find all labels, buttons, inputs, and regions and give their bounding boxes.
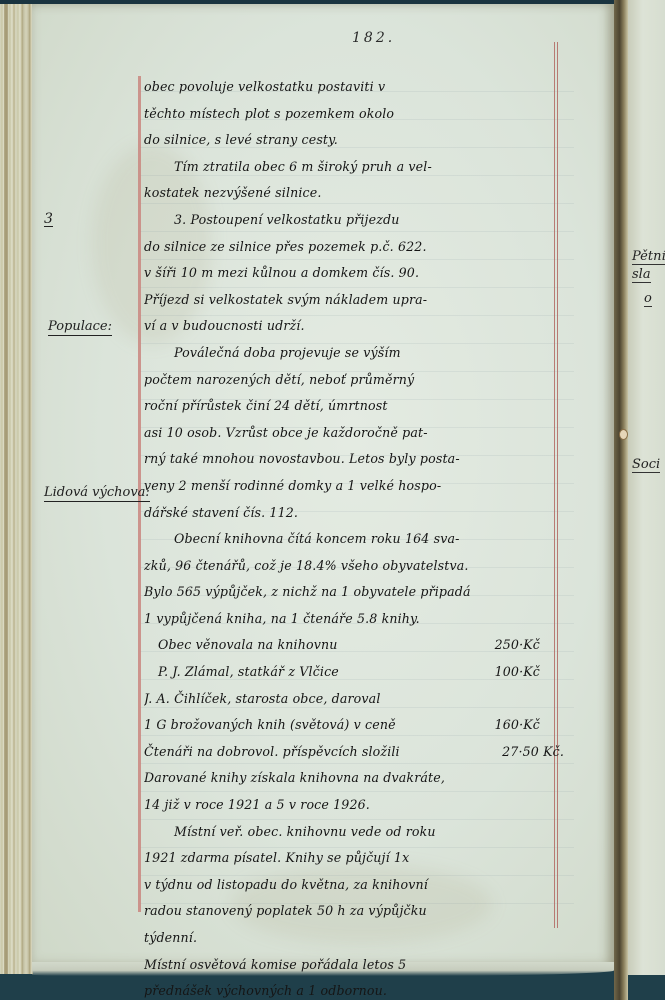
book-binding-gutter bbox=[614, 0, 628, 1000]
text-line: Obecní knihovna čítá koncem roku 164 sva… bbox=[144, 526, 570, 553]
margin-section-number: 3 bbox=[44, 212, 53, 227]
text-line: radou stanovený poplatek 50 h za výpůjčk… bbox=[144, 898, 570, 925]
facing-page-fragment: Pětní bbox=[632, 250, 665, 265]
text-line: Příjezd si velkostatek svým nákladem upr… bbox=[144, 287, 570, 314]
text-line: kostatek nezvýšené silnice. bbox=[144, 180, 570, 207]
text-line: Poválečná doba projevuje se výším bbox=[144, 340, 570, 367]
text-line: týdenní. bbox=[144, 925, 570, 952]
text-line-with-amount: Čtenáři na dobrovol. příspěvcích složili… bbox=[144, 739, 570, 766]
text-line: do silnice, s levé strany cesty. bbox=[144, 127, 570, 154]
text-line: Darované knihy získala knihovna na dvakr… bbox=[144, 765, 570, 792]
text-line-with-amount: Obec věnovala na knihovnu 250·Kč bbox=[144, 632, 570, 659]
amount-value: 160·Kč bbox=[495, 712, 540, 739]
amount-value: 250·Kč bbox=[495, 632, 540, 659]
facing-page-edge: Pětní sla o Soci bbox=[628, 0, 665, 975]
text-line: do silnice ze silnice přes pozemek p.č. … bbox=[144, 234, 570, 261]
amount-value: 100·Kč bbox=[495, 659, 540, 686]
text-line: ví a v budoucnosti udrží. bbox=[144, 313, 570, 340]
text-line: v týdnu od listopadu do května, za kniho… bbox=[144, 872, 570, 899]
text-line: roční přírůstek činí 24 dětí, úmrtnost bbox=[144, 393, 570, 420]
margin-note-population: Populace: bbox=[48, 320, 112, 336]
stacked-page-edges bbox=[0, 4, 33, 974]
text-line-with-amount: 1 G brožovaných knih (světová) v ceně 16… bbox=[144, 712, 570, 739]
facing-page-fragment: sla bbox=[632, 268, 651, 283]
text-line: zků, 96 čtenářů, což je 18.4% všeho obyv… bbox=[144, 553, 570, 580]
amount-value: 27·50 Kč. bbox=[502, 739, 564, 766]
line-text: Obec věnovala na knihovnu bbox=[158, 637, 338, 652]
line-text: 1 G brožovaných knih (světová) v ceně bbox=[144, 717, 396, 732]
text-line: těchto místech plot s pozemkem okolo bbox=[144, 101, 570, 128]
line-text: P. J. Zlámal, statkář z Vlčice bbox=[158, 664, 339, 679]
text-line: rný také mnohou novostavbou. Letos byly … bbox=[144, 446, 570, 473]
text-line: veny 2 menší rodinné domky a 1 velké hos… bbox=[144, 473, 570, 500]
facing-page-fragment: Soci bbox=[632, 458, 660, 473]
text-line: v šíři 10 m mezi kůlnou a domkem čís. 90… bbox=[144, 260, 570, 287]
text-line: přednášek výchovných a 1 odbornou. bbox=[144, 978, 570, 1000]
text-line: asi 10 osob. Vzrůst obce je každoročně p… bbox=[144, 420, 570, 447]
margin-note-education: Lidová výchova: bbox=[44, 486, 150, 502]
text-line: 3. Postoupení velkostatku přijezdu bbox=[144, 207, 570, 234]
text-line: Místní veř. obec. knihovnu vede od roku bbox=[144, 819, 570, 846]
line-text: Čtenáři na dobrovol. příspěvcích složili bbox=[144, 744, 400, 759]
facing-page-fragment: o bbox=[644, 292, 652, 307]
text-line: dářské stavení čís. 112. bbox=[144, 500, 570, 527]
text-line: Místní osvětová komise pořádala letos 5 bbox=[144, 952, 570, 979]
text-line: 1921 zdarma písatel. Knihy se půjčují 1x bbox=[144, 845, 570, 872]
text-line: J. A. Čihlíček, starosta obce, daroval bbox=[144, 686, 570, 713]
text-line-with-amount: P. J. Zlámal, statkář z Vlčice 100·Kč bbox=[144, 659, 570, 686]
text-line: obec povoluje velkostatku postaviti v bbox=[144, 74, 570, 101]
scanned-ledger-page: 182. 3 Populace: Lidová výchova: obec po… bbox=[0, 0, 665, 1000]
text-line: počtem narozených dětí, neboť průměrný bbox=[144, 367, 570, 394]
text-line: 14 již v roce 1921 a 5 v roce 1926. bbox=[144, 792, 570, 819]
text-line: Tím ztratila obec 6 m široký pruh a vel- bbox=[144, 154, 570, 181]
page-number: 182. bbox=[352, 30, 395, 46]
binding-thread-knot bbox=[619, 429, 628, 440]
text-line: Bylo 565 výpůjček, z nichž na 1 obyvatel… bbox=[144, 579, 570, 606]
handwritten-body: obec povoluje velkostatku postaviti v tě… bbox=[144, 74, 570, 1000]
text-line: 1 vypůjčená kniha, na 1 čtenáře 5.8 knih… bbox=[144, 606, 570, 633]
